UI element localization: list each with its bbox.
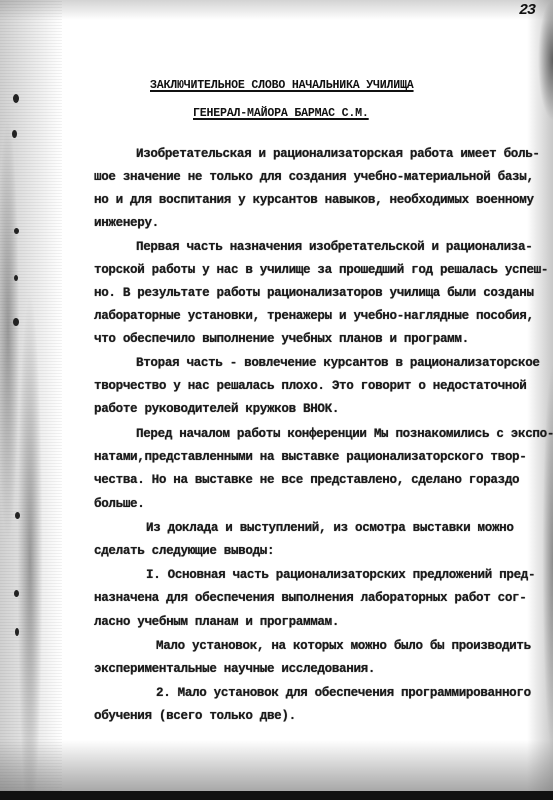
- body-text-line: чества. Но на выставке не все представле…: [94, 473, 519, 487]
- body-text-line: но. В результате работы рационализаторов…: [94, 286, 534, 300]
- scan-top-shadow: [0, 0, 553, 20]
- body-text-line: назначена для обеспечения выполнения лаб…: [94, 591, 526, 605]
- binding-mark: [14, 590, 19, 597]
- body-text-line: обучения (всего только две).: [94, 709, 296, 723]
- body-text-line: сделать следующие выводы:: [94, 544, 274, 558]
- body-text-line: больше.: [94, 497, 144, 511]
- body-text-line: творчество у нас решалась плохо. Это гов…: [94, 379, 526, 393]
- body-text-line: I. Основная часть рационализаторских пре…: [146, 568, 535, 582]
- body-text-line: торской работы у нас в училище за прошед…: [94, 263, 548, 277]
- binding-mark: [15, 512, 20, 519]
- body-text-line: Вторая часть - вовлечение курсантов в ра…: [136, 356, 540, 370]
- body-text-line: инженеру.: [94, 216, 159, 230]
- body-text-line: Из доклада и выступлений, из осмотра выс…: [146, 521, 514, 535]
- binding-mark: [14, 275, 18, 281]
- document-subtitle: ГЕНЕРАЛ-МАЙОРА БАРМАС С.М.: [193, 107, 369, 120]
- body-text-line: работе руководителей кружков ВНОК.: [94, 402, 339, 416]
- body-text-line: шое значение не только для создания учеб…: [94, 170, 534, 184]
- body-text-line: Первая часть назначения изобретательской…: [136, 240, 532, 254]
- scan-left-margin-noise: [0, 0, 62, 800]
- document-title: ЗАКЛЮЧИТЕЛЬНОЕ СЛОВО НАЧАЛЬНИКА УЧИЛИЩА: [150, 79, 414, 92]
- binding-mark: [13, 94, 19, 103]
- binding-mark: [15, 628, 19, 636]
- binding-mark: [14, 228, 19, 234]
- body-text-line: Мало установок, на которых можно было бы…: [156, 639, 531, 653]
- body-text-line: натами,представленными на выставке рацио…: [94, 450, 526, 464]
- body-text-line: экспериментальные научные исследования.: [94, 662, 375, 676]
- binding-mark: [12, 130, 17, 138]
- scan-right-margin-noise: [527, 0, 553, 800]
- body-text-line: лабораторные установки, тренажеры и учеб…: [94, 309, 534, 323]
- body-text-line: ласно учебным планам и программам.: [94, 615, 339, 629]
- body-text-line: что обеспечило выполнение учебных планов…: [94, 332, 469, 346]
- body-text-line: Перед началом работы конференции Мы позн…: [136, 427, 553, 441]
- binding-mark: [13, 318, 19, 326]
- scan-bottom-edge: [0, 740, 553, 800]
- body-text-line: 2. Мало установок для обеспечения програ…: [156, 686, 531, 700]
- body-text-line: но и для воспитания у курсантов навыков,…: [94, 193, 534, 207]
- body-text-line: Изобретательская и рационализаторская ра…: [136, 147, 540, 161]
- page-number: 23: [519, 2, 535, 19]
